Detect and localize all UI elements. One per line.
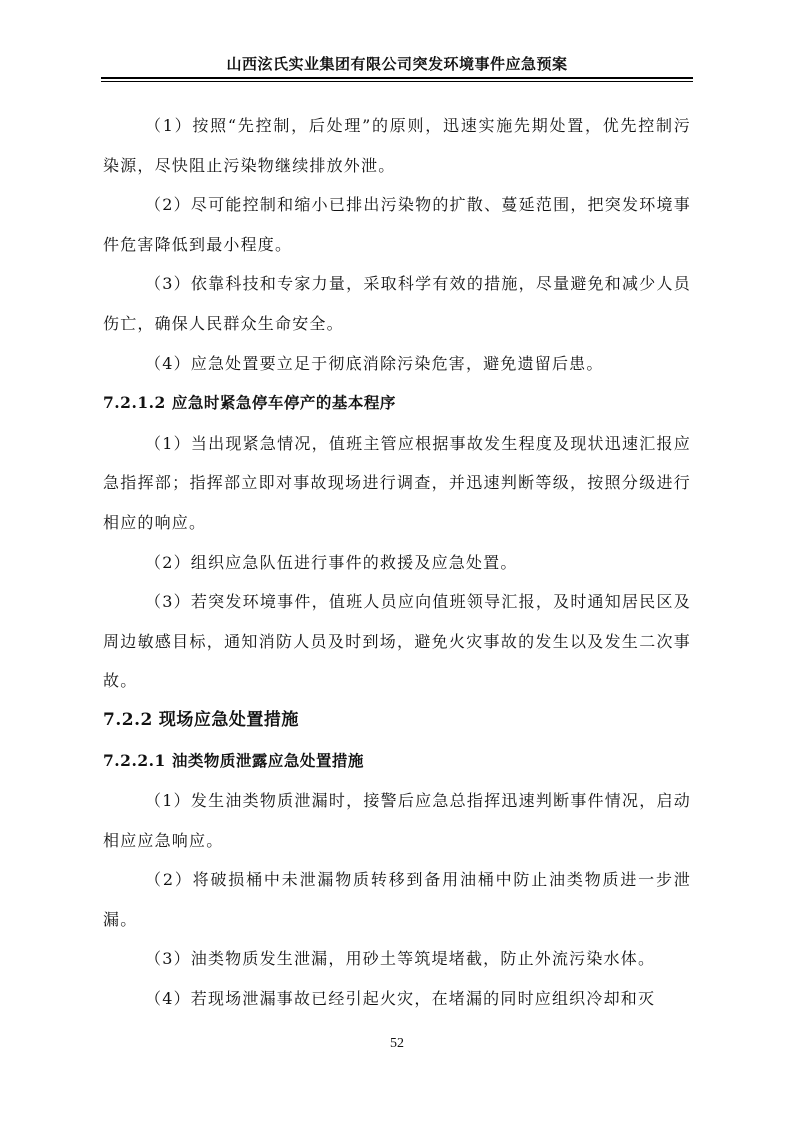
paragraph: （1）当出现紧急情况，值班主管应根据事故发生程度及现状迅速汇报应急指挥部；指挥部… [103,424,691,543]
paragraph: （2）尽可能控制和缩小已排出污染物的扩散、蔓延范围，把突发环境事件危害降低到最小… [103,185,691,264]
section-heading: 7.2.2.1油类物质泄露应急处置措施 [103,741,691,782]
paragraph: （4）应急处置要立足于彻底消除污染危害，避免遗留后患。 [103,344,691,384]
page-body: （1）按照“先控制，后处理”的原则，迅速实施先期处置，优先控制污染源，尽快阻止污… [103,106,691,1019]
header-rule-thin [101,81,693,82]
header-rule-thick [101,77,693,79]
paragraph: （2）组织应急队伍进行事件的救援及应急处置。 [103,543,691,583]
paragraph: （3）依靠科技和专家力量，采取科学有效的措施，尽量避免和减少人员伤亡，确保人民群… [103,264,691,343]
paragraph: （2）将破损桶中未泄漏物质转移到备用油桶中防止油类物质进一步泄漏。 [103,860,691,939]
section-number: 7.2.1.2 [103,393,166,412]
section-title: 现场应急处置措施 [159,710,299,730]
paragraph: （1）按照“先控制，后处理”的原则，迅速实施先期处置，优先控制污染源，尽快阻止污… [103,106,691,185]
section-heading: 7.2.2现场应急处置措施 [103,701,691,741]
paragraph: （3）油类物质发生泄漏，用砂土等筑堤堵截，防止外流污染水体。 [103,939,691,979]
section-number: 7.2.2 [103,710,153,730]
section-number: 7.2.2.1 [103,751,166,770]
section-title: 油类物质泄露应急处置措施 [172,752,364,770]
section-heading: 7.2.1.2应急时紧急停车停产的基本程序 [103,383,691,424]
paragraph: （1）发生油类物质泄漏时，接警后应急总指挥迅速判断事件情况，启动相应应急响应。 [103,781,691,860]
paragraph: （4）若现场泄漏事故已经引起火灾，在堵漏的同时应组织冷却和灭 [103,979,691,1019]
page-number: 52 [0,1036,794,1052]
paragraph: （3）若突发环境事件，值班人员应向值班领导汇报，及时通知居民区及周边敏感目标，通… [103,582,691,701]
section-title: 应急时紧急停车停产的基本程序 [172,394,396,412]
running-header: 山西泫氏实业集团有限公司突发环境事件应急预案 [101,54,693,74]
